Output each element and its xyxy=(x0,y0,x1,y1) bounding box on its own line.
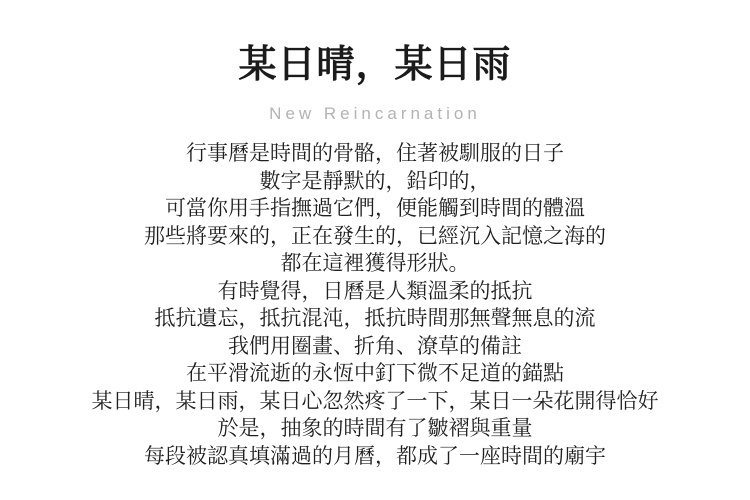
poem-line: 每段被認真填滿過的月曆，都成了一座時間的廟宇 xyxy=(0,443,750,471)
poem-line: 有時覺得，日曆是人類溫柔的抵抗 xyxy=(0,278,750,306)
poem-line: 可當你用手指撫過它們，便能觸到時間的體溫 xyxy=(0,195,750,223)
poem-line: 都在這裡獲得形狀。 xyxy=(0,250,750,278)
poem-line: 某日晴，某日雨，某日心忽然疼了一下，某日一朵花開得恰好 xyxy=(0,388,750,416)
page-title: 某日晴，某日雨 xyxy=(0,0,750,90)
poem-body: 行事曆是時間的骨骼，住著被馴服的日子數字是靜默的，鉛印的，可當你用手指撫過它們，… xyxy=(0,140,750,470)
poem-line: 我們用圈畫、折角、潦草的備註 xyxy=(0,333,750,361)
page-subtitle: New Reincarnation xyxy=(0,102,750,126)
poem-line: 於是，抽象的時間有了皺褶與重量 xyxy=(0,415,750,443)
poem-page: 某日晴，某日雨 New Reincarnation 行事曆是時間的骨骼，住著被馴… xyxy=(0,0,750,500)
poem-line: 抵抗遺忘，抵抗混沌，抵抗時間那無聲無息的流 xyxy=(0,305,750,333)
poem-line: 那些將要來的，正在發生的，已經沉入記憶之海的 xyxy=(0,223,750,251)
poem-line: 在平滑流逝的永恆中釘下微不足道的錨點 xyxy=(0,360,750,388)
poem-line: 行事曆是時間的骨骼，住著被馴服的日子 xyxy=(0,140,750,168)
poem-line: 數字是靜默的，鉛印的， xyxy=(0,168,750,196)
